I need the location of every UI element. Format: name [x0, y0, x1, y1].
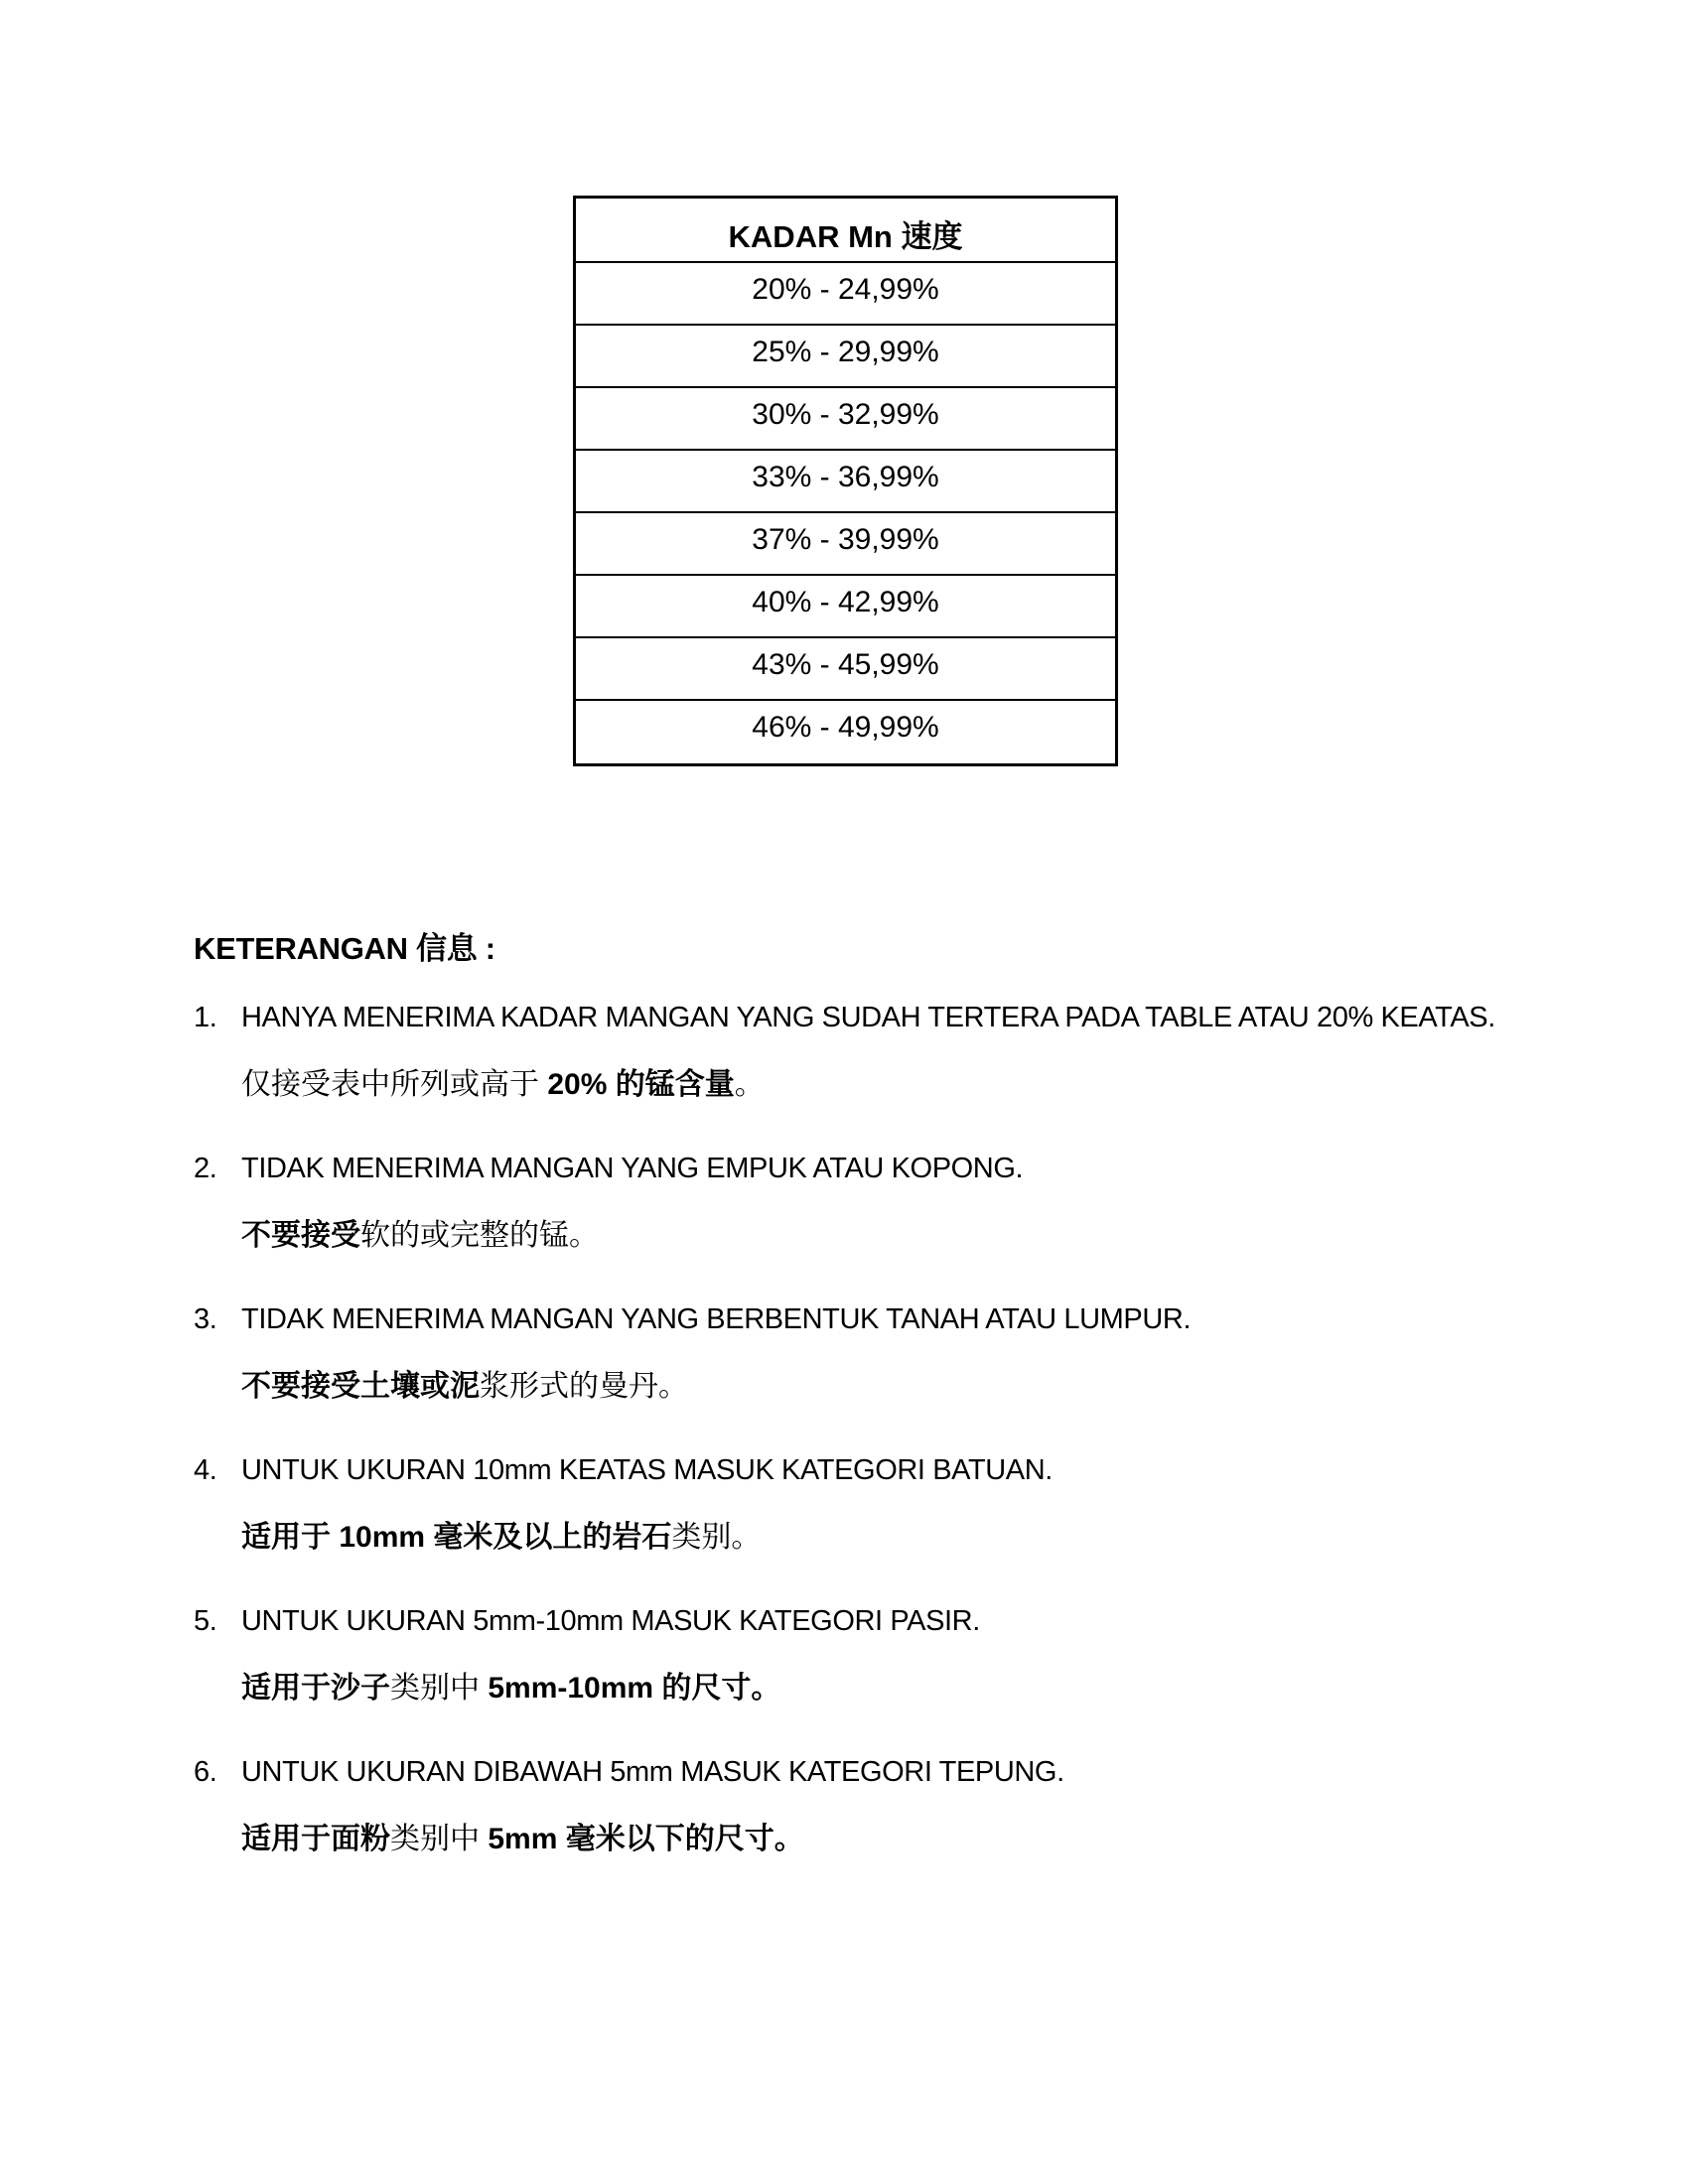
list-item-latin-line: 3. TIDAK MENERIMA MANGAN YANG BERBENTUK …	[194, 1302, 1584, 1336]
table-row: 25% - 29,99%	[576, 326, 1115, 388]
text-run: 5mm-10mm 的尺寸。	[488, 1672, 780, 1705]
list-item-latin-line: 5. UNTUK UKURAN 5mm-10mm MASUK KATEGORI …	[194, 1604, 1584, 1638]
list-item-cjk-line: 适用于 10mm 毫米及以上的岩石类别。	[241, 1521, 1584, 1555]
text-run: 适用于面粉	[241, 1823, 390, 1855]
list-item-number: 1.	[194, 1001, 241, 1034]
table-row: 30% - 32,99%	[576, 388, 1115, 451]
text-run: 浆形式的曼丹。	[480, 1370, 688, 1403]
text-run: 适用于 10mm 毫米及以上的岩石	[241, 1521, 671, 1554]
table-row: 46% - 49,99%	[576, 701, 1115, 763]
table-row: 37% - 39,99%	[576, 513, 1115, 576]
list-item: 3. TIDAK MENERIMA MANGAN YANG BERBENTUK …	[194, 1302, 1584, 1404]
list-item: 5. UNTUK UKURAN 5mm-10mm MASUK KATEGORI …	[194, 1604, 1584, 1706]
text-run: 仅接受表中所列或高于	[241, 1068, 547, 1101]
list-item-latin-text: HANYA MENERIMA KADAR MANGAN YANG SUDAH T…	[241, 1001, 1495, 1034]
text-run: 不要接受	[241, 1219, 360, 1252]
table-header-cell: KADAR Mn 速度	[576, 199, 1115, 263]
list-item-latin-line: 2. TIDAK MENERIMA MANGAN YANG EMPUK ATAU…	[194, 1152, 1584, 1185]
table-row: 43% - 45,99%	[576, 638, 1115, 701]
notes-list: 1. HANYA MENERIMA KADAR MANGAN YANG SUDA…	[194, 1001, 1584, 1906]
text-run: 5mm 毫米以下的尺寸。	[488, 1823, 803, 1855]
notes-heading: KETERANGAN 信息 :	[194, 923, 495, 968]
list-item-number: 4.	[194, 1453, 241, 1487]
list-item-number: 5.	[194, 1604, 241, 1638]
list-item-cjk-line: 仅接受表中所列或高于 20% 的锰含量。	[241, 1068, 1584, 1102]
table-row: 33% - 36,99%	[576, 451, 1115, 513]
text-run: 。	[735, 1068, 765, 1101]
list-item: 6. UNTUK UKURAN DIBAWAH 5mm MASUK KATEGO…	[194, 1755, 1584, 1856]
list-item: 2. TIDAK MENERIMA MANGAN YANG EMPUK ATAU…	[194, 1152, 1584, 1253]
list-item-latin-text: UNTUK UKURAN 10mm KEATAS MASUK KATEGORI …	[241, 1453, 1053, 1487]
list-item-latin-line: 6. UNTUK UKURAN DIBAWAH 5mm MASUK KATEGO…	[194, 1755, 1584, 1789]
text-run: 类别。	[671, 1521, 761, 1554]
list-item-cjk-line: 不要接受软的或完整的锰。	[241, 1219, 1584, 1253]
list-item-latin-text: TIDAK MENERIMA MANGAN YANG BERBENTUK TAN…	[241, 1302, 1191, 1336]
text-run: 软的或完整的锰。	[360, 1219, 599, 1252]
list-item-latin-line: 1. HANYA MENERIMA KADAR MANGAN YANG SUDA…	[194, 1001, 1584, 1034]
list-item-latin-text: TIDAK MENERIMA MANGAN YANG EMPUK ATAU KO…	[241, 1152, 1023, 1185]
text-run: 20% 的锰含量	[547, 1068, 734, 1101]
list-item: 1. HANYA MENERIMA KADAR MANGAN YANG SUDA…	[194, 1001, 1584, 1102]
list-item-number: 3.	[194, 1302, 241, 1336]
list-item-number: 2.	[194, 1152, 241, 1185]
text-run: 不要接受土壤或泥	[241, 1370, 480, 1403]
table-row: 20% - 24,99%	[576, 263, 1115, 326]
list-item-cjk-line: 适用于面粉类别中 5mm 毫米以下的尺寸。	[241, 1823, 1584, 1856]
text-run: 类别中	[390, 1672, 488, 1705]
list-item-cjk-line: 适用于沙子类别中 5mm-10mm 的尺寸。	[241, 1672, 1584, 1706]
table-body: 20% - 24,99%25% - 29,99%30% - 32,99%33% …	[576, 263, 1115, 763]
list-item: 4. UNTUK UKURAN 10mm KEATAS MASUK KATEGO…	[194, 1453, 1584, 1555]
document-page: KADAR Mn 速度 20% - 24,99%25% - 29,99%30% …	[0, 0, 1688, 2184]
text-run: 类别中	[390, 1823, 488, 1855]
list-item-latin-text: UNTUK UKURAN DIBAWAH 5mm MASUK KATEGORI …	[241, 1755, 1064, 1789]
table-row: 40% - 42,99%	[576, 576, 1115, 638]
text-run: 适用于沙子	[241, 1672, 390, 1705]
list-item-cjk-line: 不要接受土壤或泥浆形式的曼丹。	[241, 1370, 1584, 1404]
list-item-latin-text: UNTUK UKURAN 5mm-10mm MASUK KATEGORI PAS…	[241, 1604, 980, 1638]
mn-grade-table: KADAR Mn 速度 20% - 24,99%25% - 29,99%30% …	[573, 196, 1118, 766]
list-item-number: 6.	[194, 1755, 241, 1789]
list-item-latin-line: 4. UNTUK UKURAN 10mm KEATAS MASUK KATEGO…	[194, 1453, 1584, 1487]
